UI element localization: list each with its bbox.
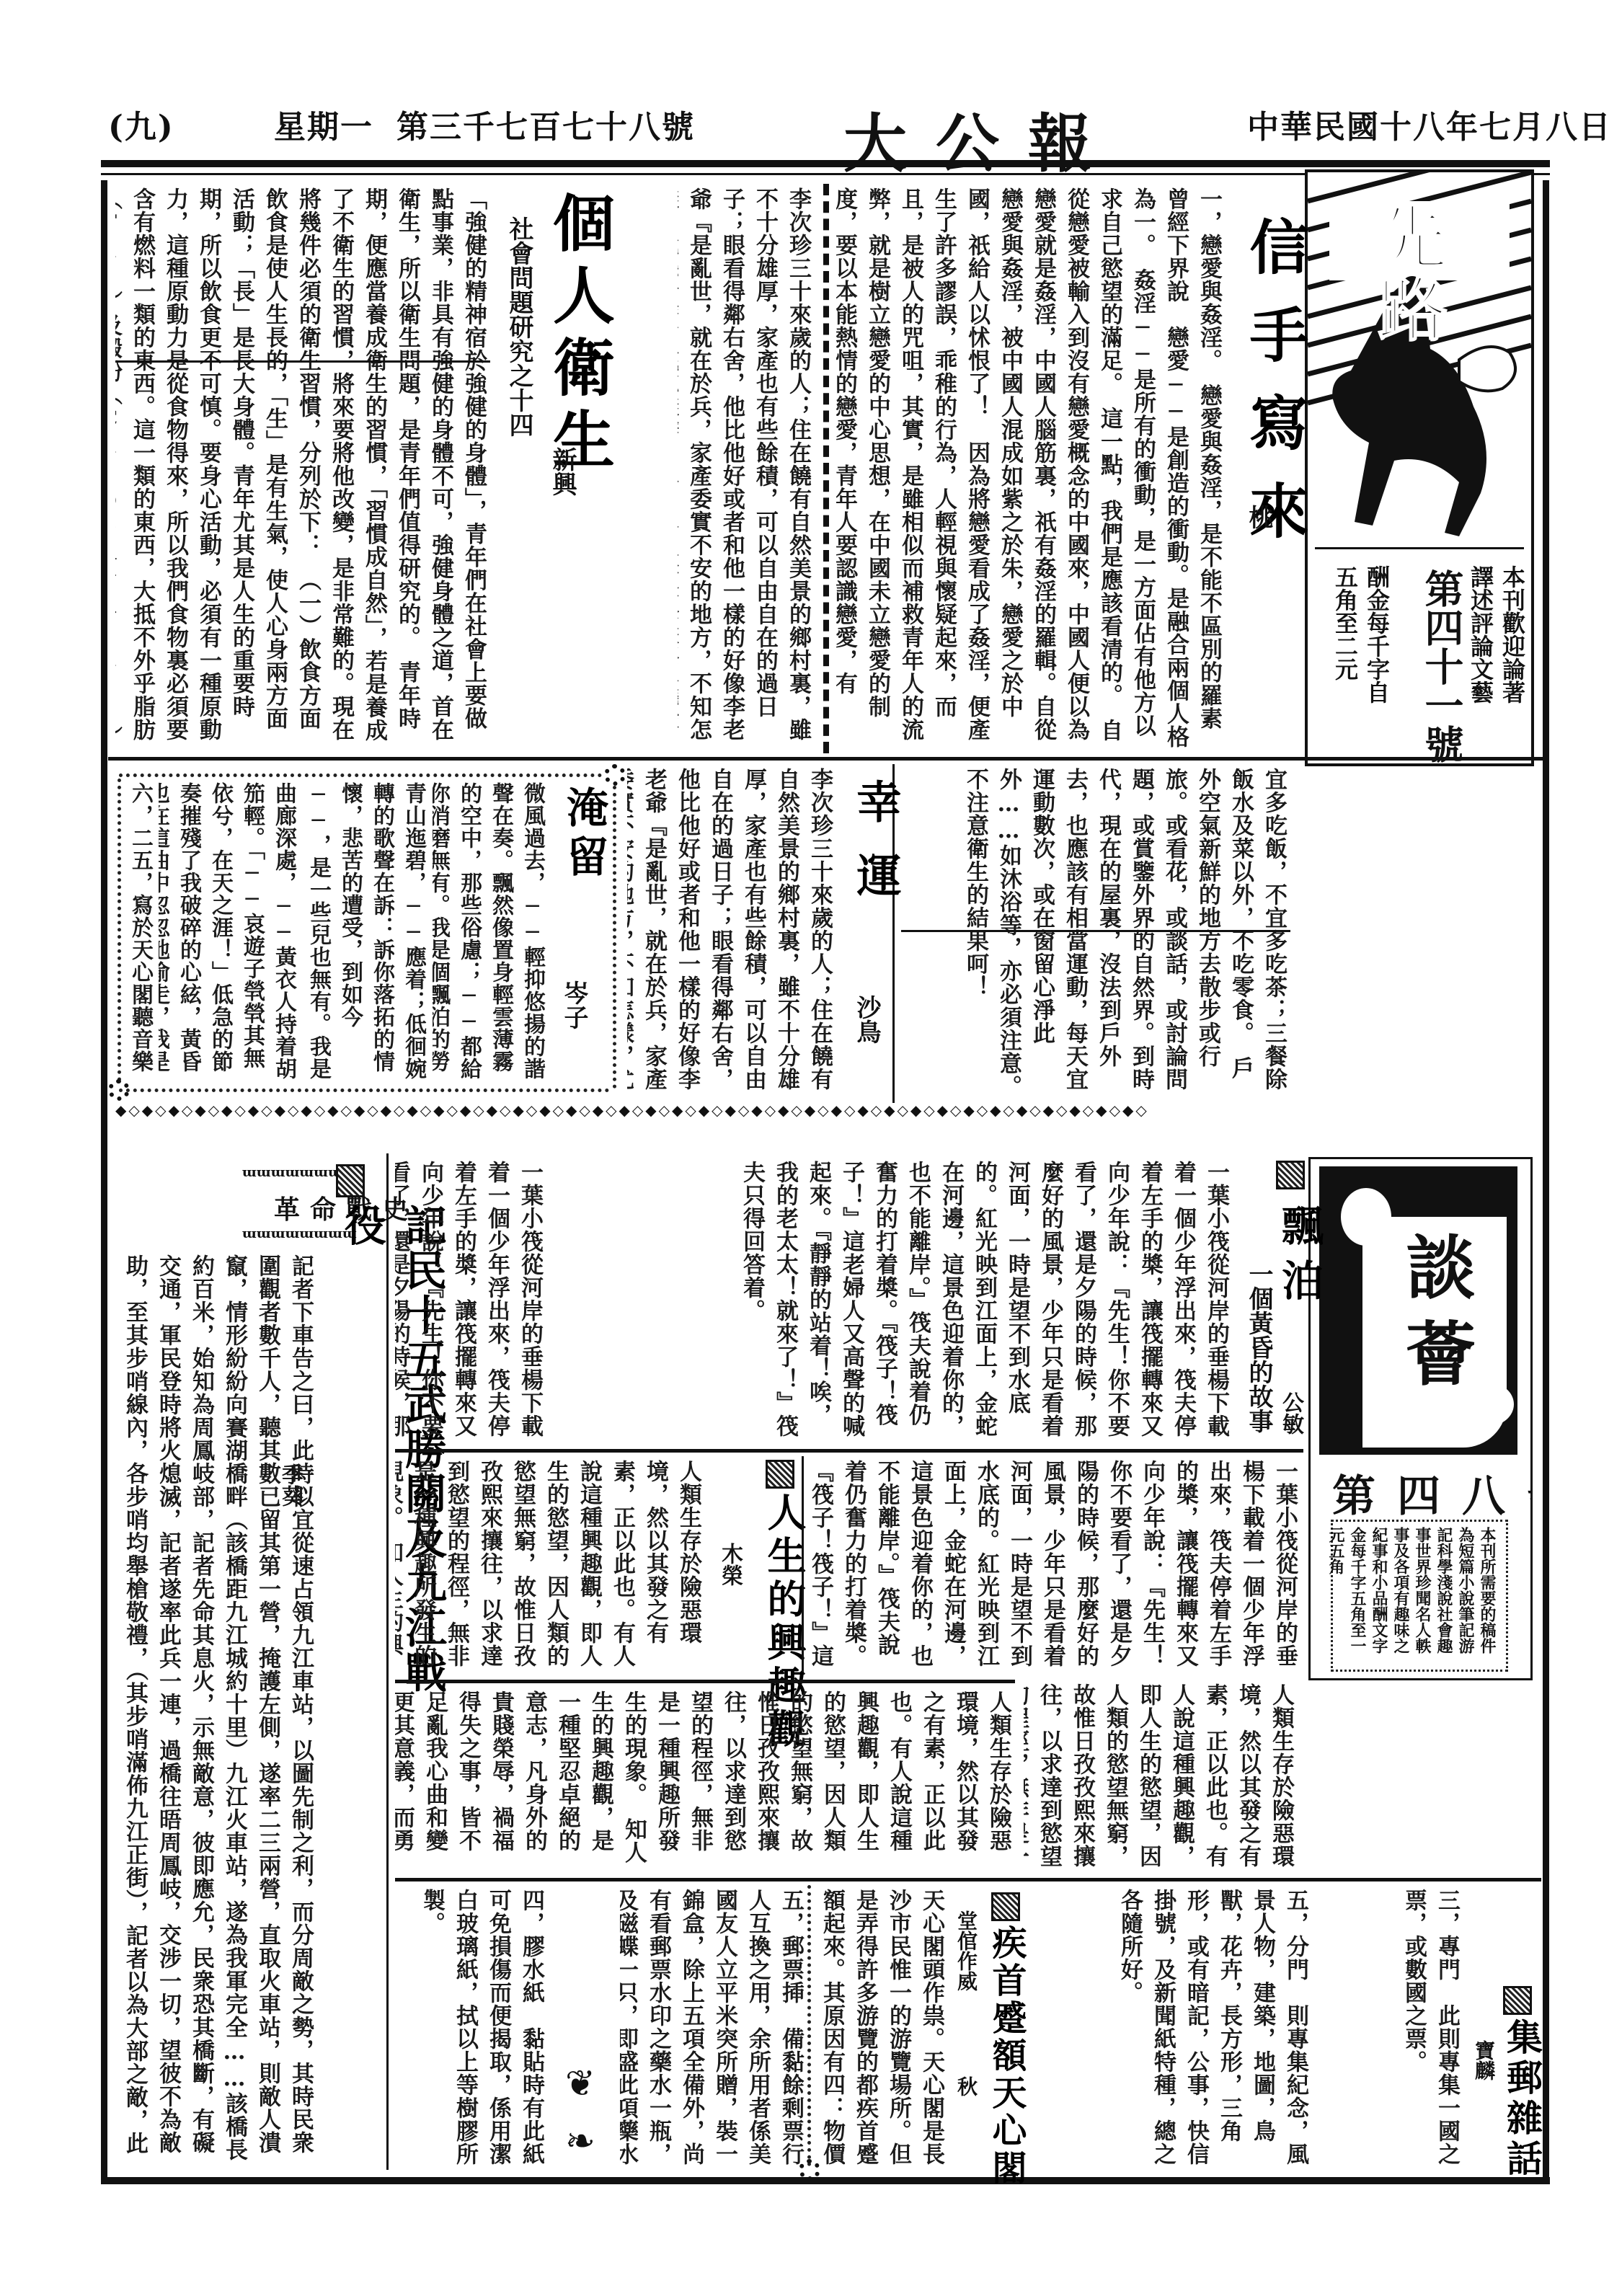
xianlu-notice: 本刊歡迎論著 譯述評論文藝 <box>1465 565 1528 753</box>
article-body-piaobo: 一葉小筏從河岸的垂楊下載着一個少年浮出來，筏夫停着左手的槳，讓筏擺轉來又向少年說… <box>555 1161 1233 1442</box>
xianlu-title: 先路 <box>1358 201 1457 345</box>
page-border-bottom <box>101 2177 1550 2184</box>
author-piaobo: 公敏 <box>1275 1391 1306 1435</box>
stamp-item-3: 三，專門 此則專集一國之票，或數國之票。 <box>1319 1889 1463 2170</box>
stamp-item-tools: 四，膠水紙 黏貼時有此紙可免損傷而便揭取，係用潔白玻璃紙，拭以上等樹膠所製。 <box>389 1889 548 2170</box>
article-body-xingqu-2: 人類生存於險惡環境，然以其發之有素，正以此也。有人說這種興趣觀，即人生的慾望，因… <box>395 1690 1015 1871</box>
publication-date: 中華民國十八年七月八日 <box>1247 101 1612 147</box>
column-divider <box>807 1885 811 2166</box>
tanhui-notice: 本刊所需要的稿件為短篇小說筆記游記科學淺說社會趣事世界珍聞名人軼事及各項有趣味之… <box>1339 1527 1498 1667</box>
section-stamp-icon <box>766 1460 794 1489</box>
tanhui-masthead-box: 談薈 第四八號 本刊所需要的稿件為短篇小說筆記游記科學淺說社會趣事世界珍聞名人軼… <box>1308 1157 1533 1680</box>
issue-number: 第三千七百七十八號 <box>396 101 695 147</box>
masthead: (九) 星期一 第三千七百七十八號 大公報 中華民國十八年七月八日 <box>94 94 1572 151</box>
article-body-zhanyi: 記者下車告之曰，此時似宜從速占領九江車站，以圖先制之利，而分周敵之勢，其時民衆圍… <box>115 1254 317 2170</box>
author-weisheng: 新興 <box>545 447 580 496</box>
stamp-item-5: 五，分門 則專集紀念，風景人物，建築，地圖，鳥獸，花卉，長方形，三角形，或有暗記… <box>1024 1889 1312 2170</box>
poem-stanza-3: 曲廊深處，──黃衣人持着胡笳輕。「──哀遊子煢煢其無依兮，在天之涯！」低急的節奏… <box>159 782 299 1085</box>
article-subtitle-weisheng: 社會問題研究之十四 <box>502 216 537 437</box>
column-divider <box>823 184 829 753</box>
poem-stanza-2: 青山迤碧，──應着；低徊婉轉的歌聲在訴：訴你落拓的情懷，悲苦的遭受，到如今──，… <box>303 782 429 1085</box>
article-body-weisheng: 「強健的精神宿於強健的身體」，青年們在社會上要做點事業，非具有強健的身體不可，強… <box>115 187 490 750</box>
poem-border-left <box>118 779 121 1081</box>
paper-name: 大公報 <box>843 94 1120 185</box>
author-jiyou: 寶麟 <box>1469 2040 1498 2080</box>
author-yanliu: 岑子 <box>557 980 592 1029</box>
xianlu-payment: 酬金每千字自 五角至二元 <box>1329 565 1393 753</box>
section-stamp-icon <box>991 1892 1020 1921</box>
row-divider-1 <box>108 757 1543 761</box>
article-body-xinshou: 一，戀愛與姦淫。 戀愛與姦淫，是不能不區別的羅素曾經下界說 戀愛──是創造的衝動… <box>836 187 1226 750</box>
xianlu-divider <box>1315 547 1524 549</box>
row-divider-2 <box>395 1449 1303 1453</box>
section-stamp-icon <box>1276 1161 1305 1189</box>
article-title-weisheng: 個人衛生 <box>533 191 623 479</box>
page-border-left <box>101 180 107 2184</box>
xianlu-masthead-box: 先路 本刊歡迎論著 譯述評論文藝 第四十一號 酬金每千字自 五角至二元 <box>1305 169 1534 766</box>
article-body-xingqu: 人類生存於險惡環境，然以其發之有素，正以此也。有人說這種興趣觀，即人生的慾望，因… <box>395 1460 705 1676</box>
article-title-jiyou: 集郵雜話 <box>1496 2018 1548 2180</box>
poem-dateline: 六，二五，寫於天心閣聽音樂隊辣奏的歸來。 <box>124 782 156 1085</box>
article-body-piaobo-end: 一葉小筏從河岸的垂楊下載着一個少年浮出來，筏夫停着左手的槳，讓筏擺轉來又向少年說… <box>811 1460 1301 1676</box>
article-body-tianxinge: 天心閣頭作祟。天心閣是長沙市民惟一的游覽場所。但是弄得許多游覽的都疾首蹙額起來。… <box>815 1889 948 2170</box>
xianlu-issue: 第四十一號 <box>1414 569 1470 763</box>
tanhui-issue: 第四八號 <box>1332 1462 1533 1524</box>
section-rule <box>115 360 490 363</box>
tanhui-title: 談薈 <box>1386 1231 1485 1404</box>
article-body-xingyun: 李次珍三十來歲的人；住在饒有自然美景的鄉村裏，雖不十分雄厚，家產也有些餘積，可以… <box>627 768 836 1099</box>
section-rule <box>901 930 1290 932</box>
section-stamp-icon <box>336 1164 365 1197</box>
masthead-rule <box>101 160 1550 167</box>
author-xinshou: 桃 <box>1241 505 1277 529</box>
weekday: 星期一 <box>274 101 373 147</box>
poem-stanza-1: 微風過去，──輕抑悠揚的諧聲在奏。飄然像置身輕雲薄霧的空中，那些俗慮；──都給你… <box>433 782 548 1085</box>
column-divider <box>386 1153 389 2170</box>
article-subtitle-piaobo: 一個黃昏的故事 <box>1241 1262 1277 1433</box>
scroll-ornament-icon: ❦❧ <box>555 2055 606 2170</box>
column-divider <box>802 1456 804 1672</box>
poem-title-yanliu: 淹留 <box>554 786 614 884</box>
page-number: (九) <box>108 101 174 147</box>
article-title-xingyun: 幸運 <box>843 779 908 926</box>
poem-border-top <box>119 774 602 777</box>
row-divider-4 <box>395 1878 1541 1881</box>
author-xingyun: 沙鳥 <box>849 995 885 1044</box>
poem-border-bottom <box>119 1089 609 1092</box>
article-subtitle-tianxinge: 堂倌作威 <box>952 1910 980 1991</box>
article-body-piaobo-cont: 一葉小筏從河岸的垂楊下載着一個少年浮出來，筏夫停着左手的槳，讓筏擺轉來又向少年說… <box>395 1161 546 1442</box>
stamp-item-album: 五，郵票揷 備黏餘剩票行人互換之用，余所用者係美國友人立平米突所贈，裝一錦盒，除… <box>620 1889 807 2170</box>
section-stamp-icon <box>1503 1986 1532 2015</box>
diamond-ornament-divider: ◆◇◆◇◆◇◆◇◆◇◆◇◆◇◆◇◆◇◆◇◆◇◆◇◆◇◆◇◆◇◆◇◆◇◆◇◆◇◆◇… <box>115 1103 1539 1117</box>
page-border-right <box>1543 180 1549 2184</box>
row-divider-3 <box>395 1680 1015 1683</box>
article-body-xingqu-cont: 人類生存於險惡環境，然以其發之有素，正以此也。有人說這種興趣觀，即人生的慾望，因… <box>1024 1683 1298 1871</box>
ornament-gear-icon <box>604 764 626 786</box>
article-body-yundong: 宜多吃飯，不宜多吃茶；三餐除飯水及菜以外，不吃零食。 戶外空氣新鮮的地方去散步或… <box>901 768 1290 1099</box>
article-title-tianxinge: 疾首蹙額天心閣 <box>982 1925 1032 2187</box>
ornament-gear-icon <box>799 2159 820 2181</box>
article-title-piaobo: 飄泊 <box>1269 1204 1329 1313</box>
author-tianxinge: 秋 <box>952 2076 980 2096</box>
article-body-xinshou-cont: 李次珍三十來歲的人；住在饒有自然美景的鄉村裏，雖不十分雄厚，家產也有些餘積，可以… <box>678 187 815 750</box>
author-xingqu: 木榮 <box>714 1543 745 1586</box>
